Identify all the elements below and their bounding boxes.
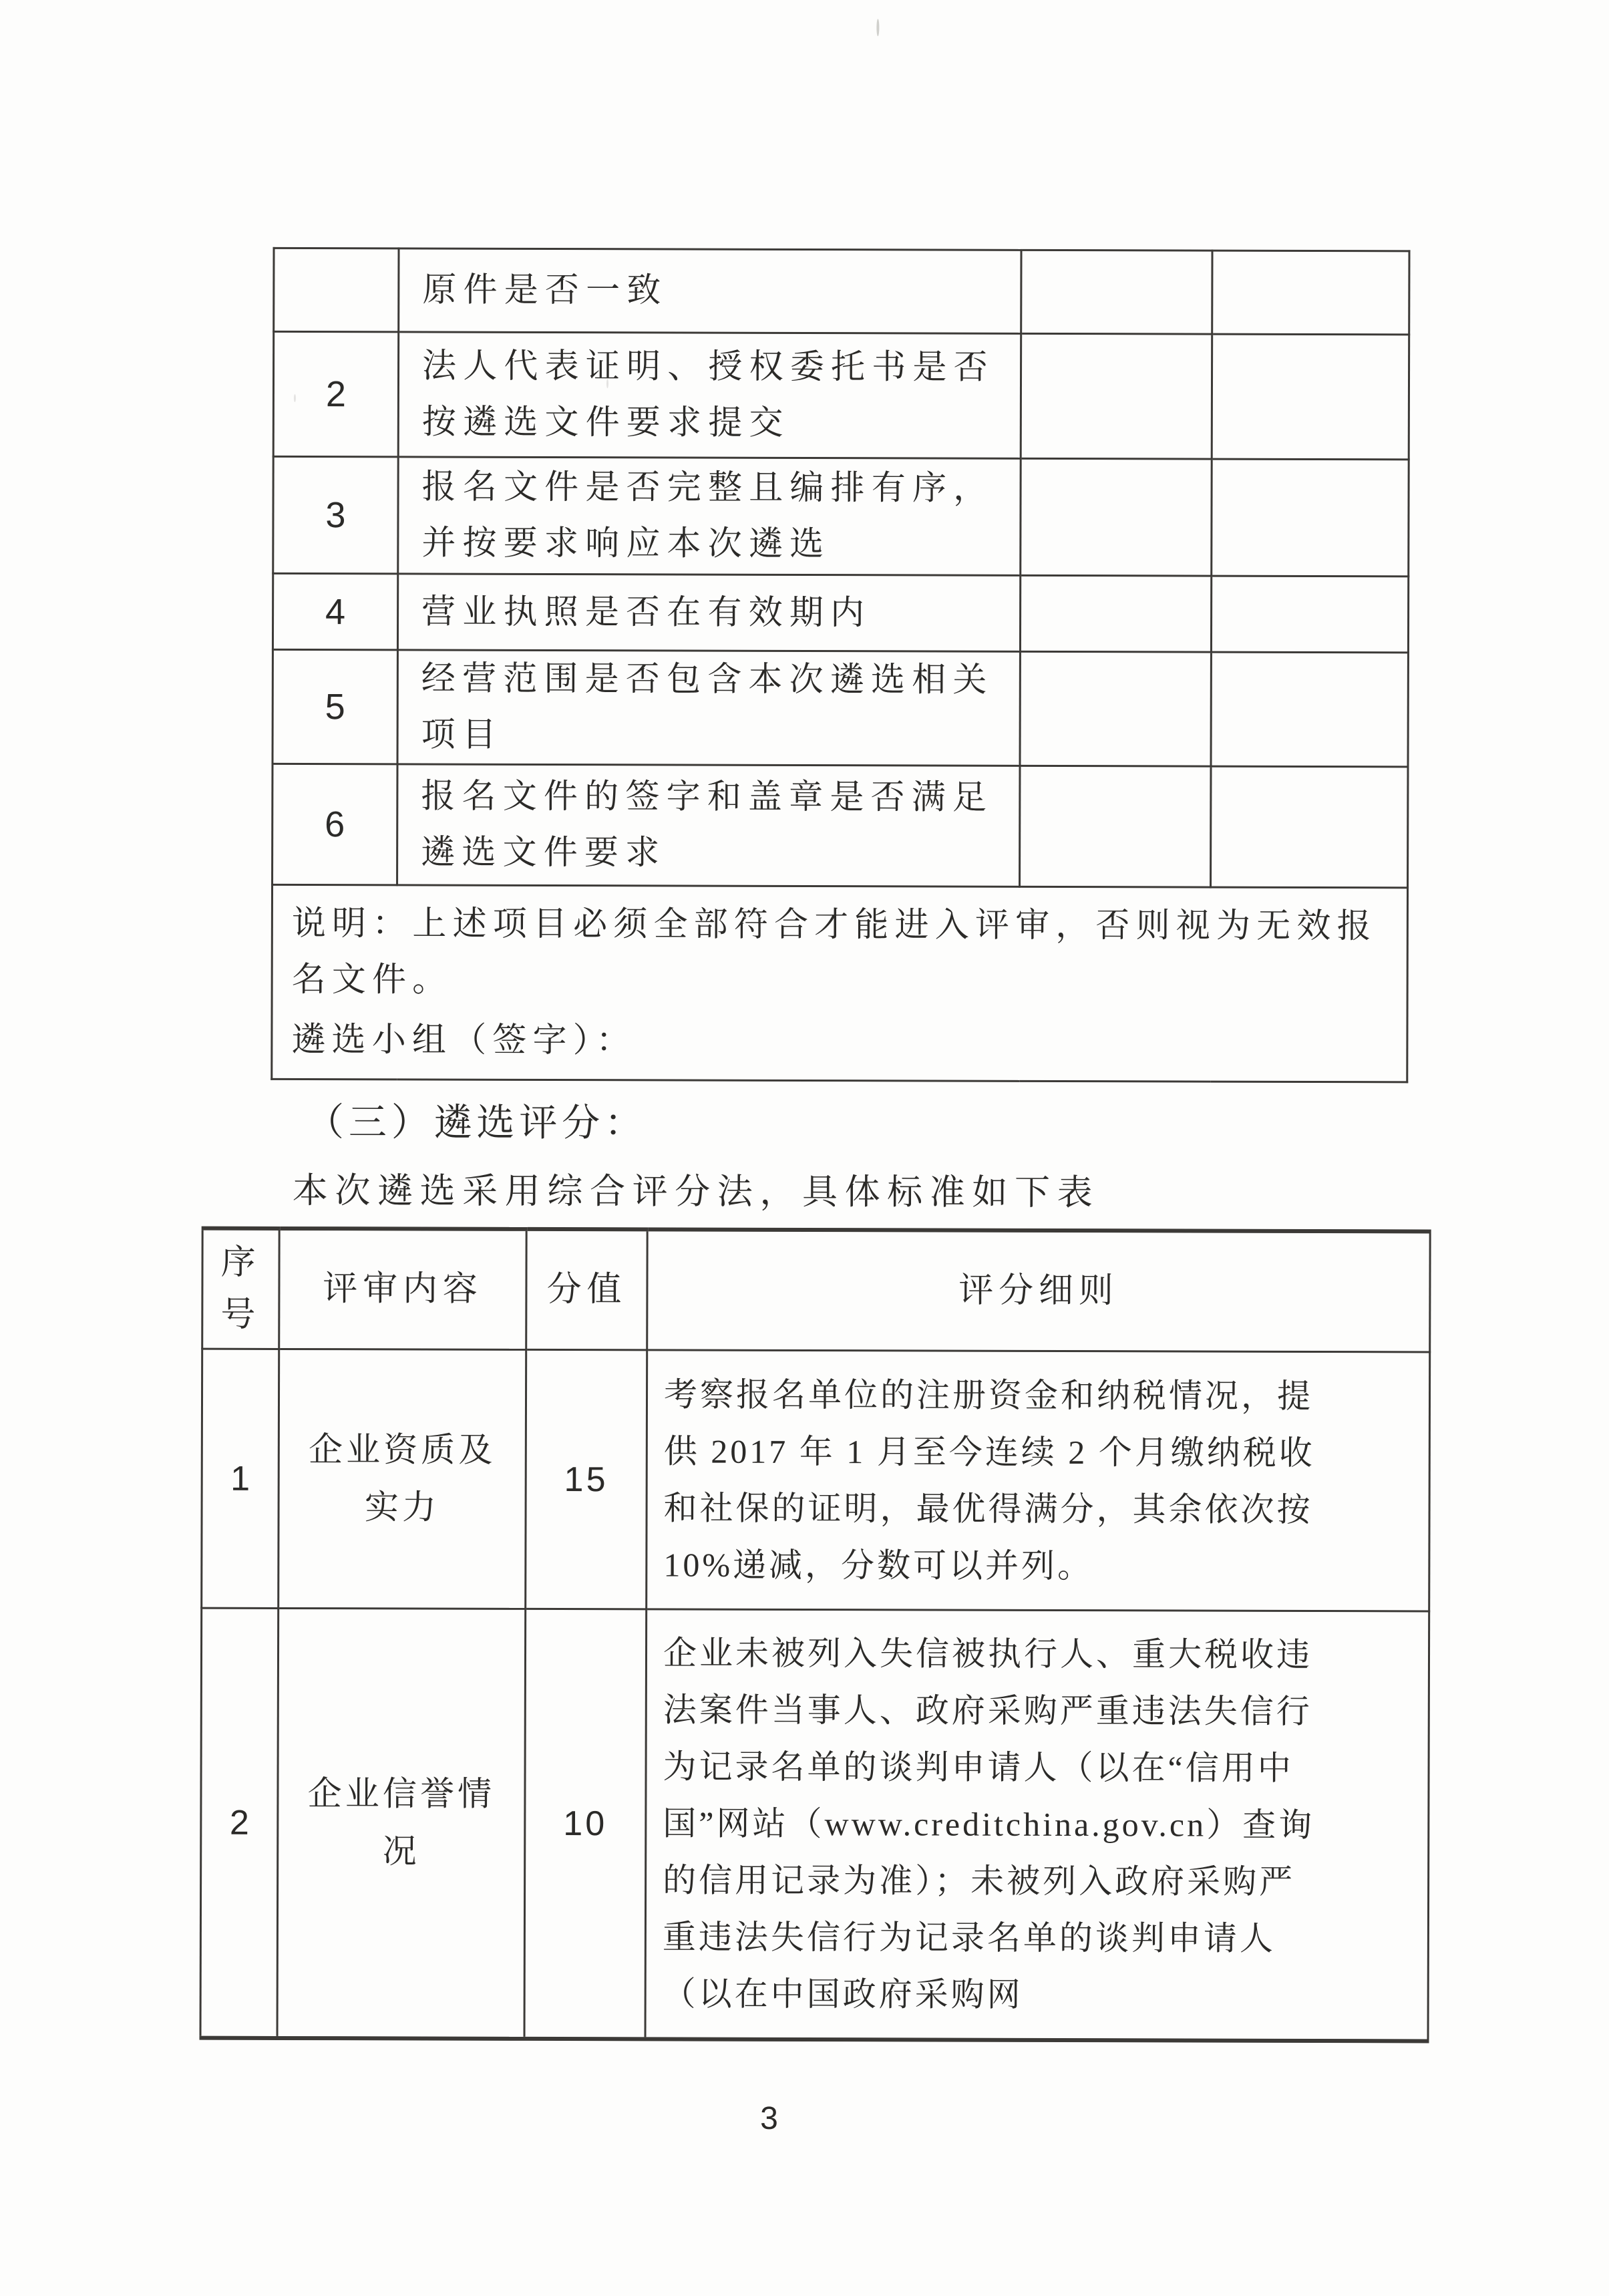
table-row: 3 报名文件是否完整且编排有序， 并按要求响应本次遴选 [273, 456, 1409, 576]
result-cell [1020, 575, 1211, 652]
note-cell: 说明：上述项目必须全部符合才能进入评审，否则视为无效报 名文件。 遴选小组（签字… [272, 884, 1408, 1082]
table-row: 2 企业信誉情 况 10 企业未被列入失信被执行人、重大税收违 法案件当事人、政… [200, 1608, 1429, 2041]
table-note-row: 说明：上述项目必须全部符合才能进入评审，否则视为无效报 名文件。 遴选小组（签字… [272, 884, 1408, 1082]
review-content-cell: 企业信誉情 况 [277, 1608, 526, 2038]
score-value-cell: 10 [524, 1609, 647, 2039]
check-item-cell: 经营范围是否包含本次遴选相关 项目 [397, 650, 1020, 766]
result-cell [1211, 766, 1408, 888]
check-item-cell: 报名文件是否完整且编排有序， 并按要求响应本次遴选 [398, 457, 1021, 575]
table-row: 5 经营范围是否包含本次遴选相关 项目 [273, 649, 1408, 766]
result-cell [1211, 652, 1408, 767]
scan-speck [876, 19, 879, 36]
result-cell [1212, 459, 1409, 577]
note-text: 说明：上述项目必须全部符合才能进入评审，否则视为无效报 名文件。 [292, 896, 1388, 1011]
row-number-cell: 5 [273, 649, 397, 764]
header-no: 序号 [202, 1228, 279, 1349]
scoring-criteria-cell: 考察报名单位的注册资金和纳税情况，提 供 2017 年 1 月至今连续 2 个月… [647, 1350, 1430, 1611]
document-page: 原件是否一致 2 法人代表证明、授权委托书是否 按遴选文件要求提交 3 报名文件… [0, 0, 1609, 2296]
scoring-criteria-table: 序号 评审内容 分值 评分细则 1 企业资质及 实力 15 考察报名单位的注册资… [200, 1226, 1431, 2043]
header-content: 评审内容 [279, 1228, 526, 1349]
check-item-cell: 报名文件的签字和盖章是否满足 遴选文件要求 [397, 764, 1020, 886]
row-number-cell: 1 [202, 1349, 279, 1608]
section-heading: （三）遴选评分： [306, 1092, 647, 1147]
row-number-cell: 6 [273, 764, 397, 884]
table-header-row: 序号 评审内容 分值 评分细则 [202, 1228, 1430, 1352]
check-item-cell: 法人代表证明、授权委托书是否 按遴选文件要求提交 [398, 332, 1021, 458]
result-cell [1021, 250, 1212, 334]
row-number-cell [274, 248, 399, 331]
row-number-cell: 2 [273, 331, 398, 456]
result-cell [1021, 458, 1212, 576]
result-cell [1211, 576, 1408, 653]
table-row: 1 企业资质及 实力 15 考察报名单位的注册资金和纳税情况，提 供 2017 … [202, 1349, 1430, 1611]
score-value-cell: 15 [526, 1349, 647, 1609]
result-cell [1020, 651, 1211, 766]
check-item-cell: 原件是否一致 [399, 249, 1021, 333]
header-criteria: 评分细则 [647, 1229, 1430, 1352]
table-row: 原件是否一致 [274, 248, 1409, 334]
table-row: 6 报名文件的签字和盖章是否满足 遴选文件要求 [273, 764, 1408, 887]
signature-line: 遴选小组（签字）： [291, 1012, 1387, 1071]
header-score: 分值 [526, 1229, 647, 1350]
scoring-criteria-cell: 企业未被列入失信被执行人、重大税收违 法案件当事人、政府采购严重违法失信行 为记… [645, 1609, 1429, 2041]
scanned-sheet: 原件是否一致 2 法人代表证明、授权委托书是否 按遴选文件要求提交 3 报名文件… [0, 0, 1609, 2296]
result-cell [1020, 766, 1211, 887]
row-number-cell: 3 [273, 456, 398, 573]
section-intro: 本次遴选采用综合评分法，具体标准如下表 [293, 1162, 1100, 1215]
check-item-cell: 营业执照是否在有效期内 [397, 574, 1020, 651]
table-row: 4 营业执照是否在有效期内 [273, 573, 1408, 652]
page-number: 3 [760, 2100, 778, 2137]
result-cell [1021, 333, 1212, 459]
result-cell [1212, 334, 1409, 460]
table-row: 2 法人代表证明、授权委托书是否 按遴选文件要求提交 [273, 331, 1409, 459]
result-cell [1212, 251, 1409, 335]
qualification-checklist-table: 原件是否一致 2 法人代表证明、授权委托书是否 按遴选文件要求提交 3 报名文件… [271, 247, 1410, 1083]
row-number-cell: 2 [200, 1608, 279, 2038]
review-content-cell: 企业资质及 实力 [279, 1349, 526, 1609]
row-number-cell: 4 [273, 573, 397, 649]
